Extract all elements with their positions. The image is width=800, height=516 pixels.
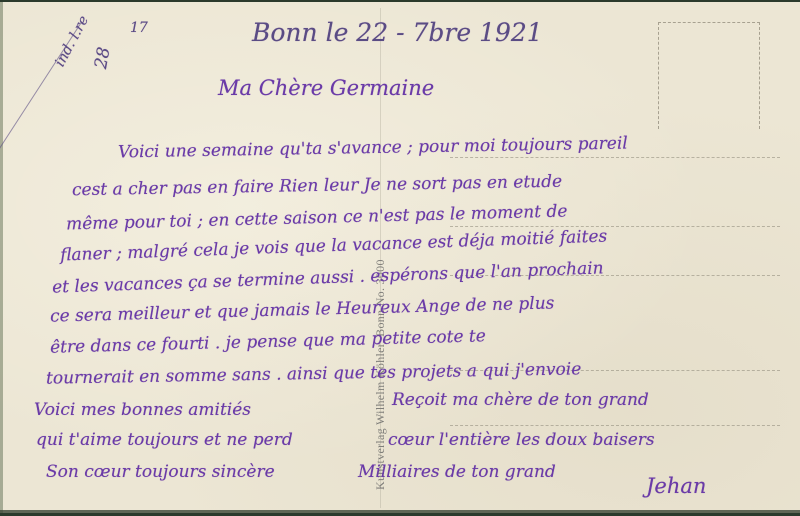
card-left-edge bbox=[0, 2, 3, 513]
body-line: ce sera meilleur et que jamais le Heureu… bbox=[50, 293, 555, 326]
body-line: qui t'aime toujours et ne perd bbox=[36, 430, 293, 450]
margin-note-line1: ind. l.re bbox=[52, 13, 92, 69]
body-line: Voici une semaine qu'ta s'avance ; pour … bbox=[118, 134, 628, 163]
closing-line: cœur l'entière les doux baisers bbox=[388, 430, 655, 450]
body-line: Son cœur toujours sincère bbox=[46, 462, 275, 482]
stamp-box bbox=[658, 22, 760, 129]
card-bottom-edge bbox=[0, 510, 800, 513]
margin-note-line2: 28 bbox=[91, 46, 114, 71]
margin-note-line3: 17 bbox=[130, 20, 148, 36]
address-line-5 bbox=[450, 425, 780, 426]
body-line: être dans ce fourti . je pense que ma pe… bbox=[50, 326, 486, 357]
body-line: tournerait en somme sans . ainsi que tes… bbox=[46, 359, 582, 388]
body-line: et les vacances ça se termine aussi . es… bbox=[52, 258, 604, 297]
salutation: Ma Chère Germaine bbox=[218, 76, 434, 100]
address-line-2 bbox=[450, 226, 780, 227]
address-line-1 bbox=[450, 157, 780, 158]
body-line: Voici mes bonnes amitiés bbox=[34, 400, 251, 420]
postcard-back: Kunstverlag Wilhelm Köhler, Bonn No. 300… bbox=[0, 2, 800, 513]
signature: Jehan bbox=[646, 474, 706, 498]
closing-line: Reçoit ma chère de ton grand bbox=[392, 390, 649, 410]
body-line: cest a cher pas en faire Rien leur Je ne… bbox=[72, 172, 562, 201]
closing-line: Milliaires de ton grand bbox=[358, 462, 556, 482]
place-date: Bonn le 22 - 7bre 1921 bbox=[252, 18, 543, 47]
